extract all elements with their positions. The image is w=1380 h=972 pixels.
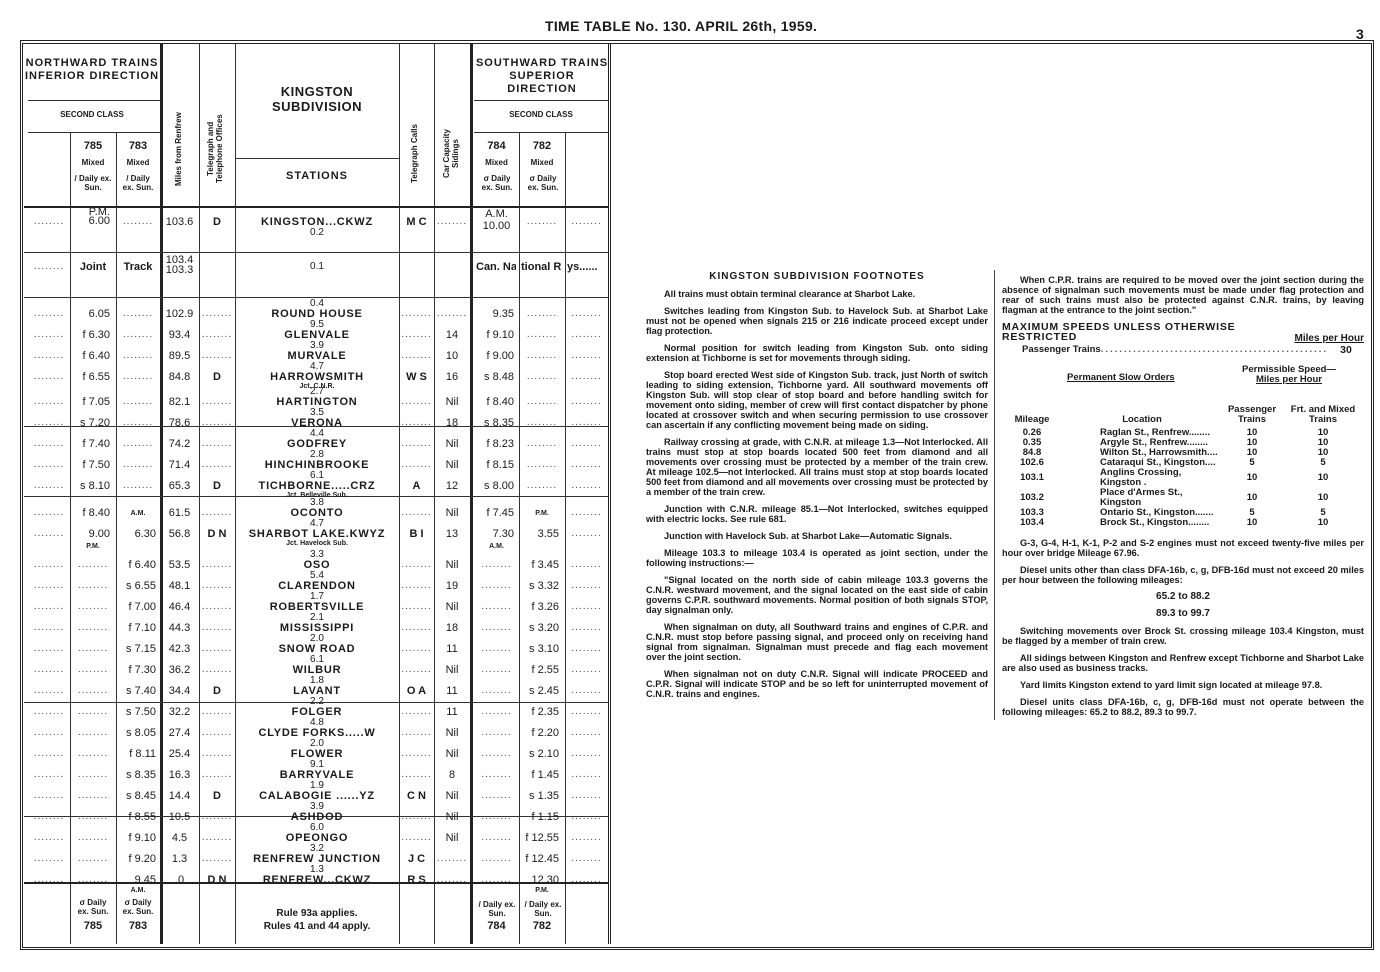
leader-dots: ........ xyxy=(519,329,565,340)
station-name: SHARBOT LAKE.KWYZ xyxy=(235,528,399,540)
leader-dots: ........ xyxy=(474,832,519,843)
southward-title: SOUTHWARD TRAINS SUPERIOR DIRECTION xyxy=(474,57,610,96)
leader-dots: ........ xyxy=(474,748,519,759)
telegraph-office: D xyxy=(199,371,235,383)
header-passenger: Passenger Trains xyxy=(1222,405,1282,428)
car-capacity-header: Car Capacity Sidings xyxy=(442,114,462,194)
miles-from-renfrew: 65.3 xyxy=(160,480,199,492)
siding-capacity: Nil xyxy=(434,396,470,408)
mileage: 103.2 xyxy=(1002,488,1062,508)
siding-capacity: Nil xyxy=(434,507,470,519)
leader-dots: ........ xyxy=(565,727,608,738)
miles-from-renfrew: 103.4 103.3 xyxy=(160,255,199,275)
leader-dots: ........ xyxy=(565,832,608,843)
leader-dots: ........ xyxy=(565,308,608,319)
leader-dots: ........ xyxy=(399,811,434,822)
leader-dots: ........ xyxy=(199,727,235,738)
leader-dots: ........ xyxy=(399,459,434,470)
leader-dots: ........ xyxy=(116,350,160,361)
leader-dots: ........ xyxy=(199,329,235,340)
header-freight: Frt. and Mixed Trains xyxy=(1282,405,1364,428)
time-783: f 7.00 xyxy=(116,601,156,613)
slow-order-row: 102.6Cataraqui St., Kingston....55 xyxy=(1002,458,1364,468)
leader-dots: ........ xyxy=(199,559,235,570)
siding-capacity: 8 xyxy=(434,769,470,781)
footnote: When signalman not on duty C.N.R. Signal… xyxy=(646,669,988,699)
leader-dots: ........ xyxy=(519,371,565,382)
slow-orders-title: Permanent Slow Orders xyxy=(1067,373,1175,383)
footer-784-number: 784 xyxy=(474,920,519,932)
train-783-days: / Daily ex. Sun. xyxy=(120,174,156,192)
time-783: s 8.35 xyxy=(116,769,156,781)
leader-dots: ........ xyxy=(199,417,235,428)
leader-dots: ........ xyxy=(399,559,434,570)
time-784: f 7.45 xyxy=(474,507,514,519)
footnote: Diesel units other than class DFA-16b, c… xyxy=(1002,565,1364,585)
siding-capacity: Nil xyxy=(434,790,470,802)
page-header: TIME TABLE No. 130. APRIL 26th, 1959. xyxy=(545,18,817,34)
mileage: 103.4 xyxy=(1002,518,1062,528)
footnote: All trains must obtain terminal clearanc… xyxy=(646,289,988,299)
time-782: f 2.35 xyxy=(519,706,559,718)
time-783: f 9.20 xyxy=(116,853,156,865)
train-783-number: 783 xyxy=(116,140,160,152)
siding-capacity: 11 xyxy=(434,643,470,655)
time-782: f 1.15 xyxy=(519,811,559,823)
leader-dots: ........ xyxy=(28,811,70,822)
station-name: RENFREW...CKWZ xyxy=(235,874,399,886)
time-784: s 8.48 xyxy=(474,371,514,383)
time-783: s 7.50 xyxy=(116,706,156,718)
time-785: f 6.30 xyxy=(70,329,110,341)
train-785-type: Mixed xyxy=(70,158,116,167)
leader-dots: ........ xyxy=(116,396,160,407)
time-782: tional R xyxy=(521,261,561,273)
leader-dots: ........ xyxy=(70,685,116,696)
siding-capacity: Nil xyxy=(434,727,470,739)
leader-dots: ........ xyxy=(199,832,235,843)
footnote: Junction with Havelock Sub. at Sharbot L… xyxy=(646,531,988,541)
leader-dots: ........ xyxy=(474,559,519,570)
footnote: Stop board erected West side of Kingston… xyxy=(646,370,988,430)
leader-dots: ........ xyxy=(70,706,116,717)
leader-dots: ........ xyxy=(199,622,235,633)
header-mileage: Mileage xyxy=(1002,405,1062,428)
footnote: Normal position for switch leading from … xyxy=(646,343,988,363)
siding-capacity: 13 xyxy=(434,528,470,540)
leader-dots: ........ xyxy=(565,643,608,654)
leader-dots: ........ xyxy=(70,727,116,738)
time-783: 6.30 xyxy=(116,528,156,540)
telegraph-call: J C xyxy=(399,853,434,865)
footnotes-title: KINGSTON SUBDIVISION FOOTNOTES xyxy=(646,272,988,282)
divider xyxy=(474,132,608,133)
time-783: f 8.11 xyxy=(116,748,156,760)
footer-783-days: σ Daily ex. Sun. xyxy=(120,898,156,916)
leader-dots: ........ xyxy=(565,417,608,428)
leader-dots: ........ xyxy=(399,507,434,518)
slow-orders-header-row: Mileage Location Passenger Trains Frt. a… xyxy=(1002,405,1364,428)
subdivision-title-line2: SUBDIVISION xyxy=(235,99,399,114)
leader-dots: ........ xyxy=(70,811,116,822)
leader-dots: ........ xyxy=(474,790,519,801)
leader-dots: ........ xyxy=(116,216,160,227)
footer-782-number: 782 xyxy=(519,920,565,932)
leader-dots: ........ xyxy=(519,216,565,227)
footnote: Yard limits Kingston extend to yard limi… xyxy=(1002,680,1364,690)
leader-dots: ........ xyxy=(199,308,235,319)
telegraph-call: A xyxy=(399,480,434,492)
mileage-range: 89.3 to 99.7 xyxy=(1002,609,1364,619)
leader-dots: ........ xyxy=(565,664,608,675)
time-782: f 3.26 xyxy=(519,601,559,613)
leader-dots: ........ xyxy=(565,371,608,382)
time-784: f 8.40 xyxy=(474,396,514,408)
leader-dots: ........ xyxy=(70,832,116,843)
time-783: A.M. xyxy=(116,510,160,517)
permissible-speed-header: Permissible Speed— Miles per Hour xyxy=(1234,365,1344,385)
leader-dots: ........ xyxy=(474,580,519,591)
time-784: f 9.00 xyxy=(474,350,514,362)
location: Brock St., Kingston........ xyxy=(1062,518,1222,528)
time-784: Can. Na xyxy=(476,261,516,273)
time-785: f 8.40 xyxy=(70,507,110,519)
leader-dots: ........ xyxy=(199,350,235,361)
leader-dots: ........ xyxy=(565,580,608,591)
leader-dots: ........ xyxy=(28,216,70,227)
leader-dots: ........ xyxy=(399,664,434,675)
telegraph-office: D xyxy=(199,790,235,802)
leader-dots: ........ xyxy=(474,664,519,675)
leader-dots: ........ xyxy=(70,664,116,675)
leader-dots: ........ xyxy=(28,350,70,361)
time-782: f 3.45 xyxy=(519,559,559,571)
telegraph-call: C N xyxy=(399,790,434,802)
divider xyxy=(474,100,608,101)
leader-dots: ........ xyxy=(565,480,608,491)
leader-dots: ........ xyxy=(399,417,434,428)
leader-dots: ........ xyxy=(565,350,608,361)
northward-title-line2: INFERIOR DIRECTION xyxy=(24,70,160,83)
leader-dots: ........ xyxy=(399,350,434,361)
train-782-type: Mixed xyxy=(519,158,565,167)
leader-dots: ........ xyxy=(519,350,565,361)
time-783: s 8.05 xyxy=(116,727,156,739)
time-783: f 6.40 xyxy=(116,559,156,571)
leader-dots: ........ xyxy=(70,643,116,654)
mileage-range: 65.2 to 88.2 xyxy=(1002,592,1364,602)
time-785: 9.00 xyxy=(70,528,110,540)
time-784: 7.30 xyxy=(474,528,514,540)
telegraph-office: D xyxy=(199,685,235,697)
leader-dots: ........ xyxy=(70,853,116,864)
leader-dots: ........ xyxy=(565,790,608,801)
leader-dots: ........ xyxy=(565,438,608,449)
station-name: HARROWSMITH xyxy=(235,371,399,383)
leader-dots: ........ xyxy=(116,438,160,449)
freight-speed: 5 xyxy=(1282,458,1364,468)
time-782: s 2.10 xyxy=(519,748,559,760)
slow-order-row: 103.4Brock St., Kingston........1010 xyxy=(1002,518,1364,528)
siding-capacity: 10 xyxy=(434,350,470,362)
permissible-speed-line2: Miles per Hour xyxy=(1234,375,1344,385)
leader-dots: ........ xyxy=(399,748,434,759)
siding-capacity: Nil xyxy=(434,811,470,823)
time-785: Joint xyxy=(70,261,116,273)
leader-dots: ........ xyxy=(519,459,565,470)
mileage: 102.6 xyxy=(1002,458,1062,468)
leader-dots: ........ xyxy=(519,417,565,428)
time-784: s 8.00 xyxy=(474,480,514,492)
miles-from-renfrew: 56.8 xyxy=(160,528,199,540)
leader-dots: ........ xyxy=(116,480,160,491)
southward-class: SECOND CLASS xyxy=(474,110,608,119)
slow-orders-body: 0.26Raglan St., Renfrew........10100.35A… xyxy=(1002,428,1364,528)
leader-dots: ........ xyxy=(116,417,160,428)
time-785: 6.05 xyxy=(70,308,110,320)
time-782: f 12.55 xyxy=(519,832,559,844)
leader-dots: ........ xyxy=(399,329,434,340)
leader-dots: ........ xyxy=(565,769,608,780)
telegraph-office: D xyxy=(199,480,235,492)
mph-label: Miles per Hour xyxy=(1295,334,1364,344)
distance: 0.1 xyxy=(235,261,399,272)
leader-dots: ........ xyxy=(399,832,434,843)
freight-speed: 10 xyxy=(1282,518,1364,528)
leader-dots: ........ xyxy=(199,853,235,864)
time-783: s 8.45 xyxy=(116,790,156,802)
leader-dots: ........ xyxy=(28,664,70,675)
leader-dots: ........ xyxy=(399,643,434,654)
leader-dots: ........ xyxy=(199,643,235,654)
miles-from-renfrew: 61.5 xyxy=(160,507,199,519)
leader-dots: ........ xyxy=(199,396,235,407)
divider xyxy=(434,44,435,944)
leader-dots: ........ xyxy=(565,459,608,470)
time-783: s 6.55 xyxy=(116,580,156,592)
leader-dots: ........ xyxy=(399,769,434,780)
siding-capacity: Nil xyxy=(434,559,470,571)
telegraph-offices-header: Telegraph and Telephone Offices xyxy=(206,104,228,194)
leader-dots: ........ xyxy=(565,528,608,539)
time-784: f 8.23 xyxy=(474,438,514,450)
text-continuation: ys...... xyxy=(567,261,608,273)
siding-capacity: Nil xyxy=(434,832,470,844)
telegraph-call: B I xyxy=(399,528,434,540)
miles-from-renfrew: 1.3 xyxy=(160,853,199,865)
leader-dots: ........ xyxy=(70,769,116,780)
divider xyxy=(399,44,400,944)
footer-782-days: / Daily ex. Sun. xyxy=(524,900,562,918)
leader-dots: ........ xyxy=(116,329,160,340)
footer-785-number: 785 xyxy=(70,920,116,932)
leader-dots: ........ xyxy=(28,396,70,407)
telegraph-call: M C xyxy=(399,216,434,228)
leader-dots: ........ xyxy=(519,438,565,449)
leader-dots: ........ xyxy=(28,727,70,738)
leader-dots: ........ xyxy=(70,622,116,633)
leader-dots: ........ xyxy=(199,664,235,675)
time-782: P.M. xyxy=(519,510,565,517)
time-782: s 2.45 xyxy=(519,685,559,697)
time-784: 9.35 xyxy=(474,308,514,320)
leader-dots: ........ xyxy=(199,601,235,612)
miles-from-renfrew: 84.8 xyxy=(160,371,199,383)
miles-from-renfrew-header: Miles from Renfrew xyxy=(174,104,183,194)
leader-dots: ........ xyxy=(474,685,519,696)
miles-from-renfrew: 103.6 xyxy=(160,216,199,228)
footer-rule-93a: Rule 93a applies. xyxy=(235,908,399,919)
freight-speed: 10 xyxy=(1282,468,1364,488)
leader-dots: ........ xyxy=(199,811,235,822)
leader-dots: ........ xyxy=(28,507,70,518)
leader-dots: ........ xyxy=(565,329,608,340)
leader-dots: ........ xyxy=(565,853,608,864)
leader-dots: ........ xyxy=(199,438,235,449)
leader-dots: ........ xyxy=(434,308,470,319)
station-name: TICHBORNE.....CRZ xyxy=(235,480,399,492)
miles-from-renfrew: 34.4 xyxy=(160,685,199,697)
leader-dots: ........ xyxy=(565,396,608,407)
footer-785-days: σ Daily ex. Sun. xyxy=(74,898,112,916)
telegraph-calls-header: Telegraph Calls xyxy=(410,114,419,194)
leader-dots: ........ xyxy=(199,706,235,717)
leader-dots: ........ xyxy=(28,622,70,633)
leader-dots: ........ xyxy=(474,811,519,822)
train-784-type: Mixed xyxy=(474,158,519,167)
leader-dots: ........ xyxy=(565,748,608,759)
am-label: A.M. xyxy=(116,887,160,894)
time-785: P.M. 6.00 xyxy=(70,208,110,226)
leader-dots: ........ xyxy=(399,308,434,319)
train-783-type: Mixed xyxy=(116,158,160,167)
footnote: Switches leading from Kingston Sub. to H… xyxy=(646,306,988,336)
leader-dots: ........ xyxy=(434,216,470,227)
time-782: f 1.45 xyxy=(519,769,559,781)
leader-dots: ........ xyxy=(28,853,70,864)
siding-capacity: 11 xyxy=(434,685,470,697)
time-783: f 9.10 xyxy=(116,832,156,844)
leader-dots: ........ xyxy=(565,559,608,570)
leader-dots: ........ xyxy=(519,480,565,491)
siding-capacity: Nil xyxy=(434,438,470,450)
leader-dots: ........ xyxy=(199,748,235,759)
passenger-speed: 5 xyxy=(1222,458,1282,468)
train-782-days: σ Daily ex. Sun. xyxy=(524,174,562,192)
divider xyxy=(608,44,611,944)
miles-from-renfrew: 4.5 xyxy=(160,832,199,844)
southward-title-line2: SUPERIOR DIRECTION xyxy=(474,70,610,96)
footnote: All sidings between Kingston and Renfrew… xyxy=(1002,653,1364,673)
divider xyxy=(470,44,473,944)
time-785: f 7.40 xyxy=(70,438,110,450)
siding-capacity: 18 xyxy=(434,622,470,634)
miles-from-renfrew: 25.4 xyxy=(160,748,199,760)
miles-from-renfrew: 93.4 xyxy=(160,329,199,341)
time-783: f 7.10 xyxy=(116,622,156,634)
leader-dots: ........ xyxy=(565,685,608,696)
leader-dots: ........ xyxy=(565,622,608,633)
miles-from-renfrew: 78.6 xyxy=(160,417,199,429)
max-speeds-section: MAXIMUM SPEEDS UNLESS OTHERWISE RESTRICT… xyxy=(1002,322,1364,355)
time-784: s 8.35 xyxy=(474,417,514,429)
leader-dots: ........ xyxy=(116,371,160,382)
slow-orders-header: Permanent Slow Orders Permissible Speed—… xyxy=(1002,365,1364,405)
time-782: s 3.10 xyxy=(519,643,559,655)
distance: 0.2 xyxy=(235,227,399,238)
passenger-trains-label: Passenger Trains xyxy=(1022,345,1101,355)
leader-dots: ........ xyxy=(28,329,70,340)
leader-dots: ........ xyxy=(565,811,608,822)
siding-capacity: 18 xyxy=(434,417,470,429)
divider xyxy=(24,252,608,253)
footer-rules-41-44: Rules 41 and 44 apply. xyxy=(235,921,399,932)
footer-783-number: 783 xyxy=(116,920,160,932)
miles-from-renfrew: 74.2 xyxy=(160,438,199,450)
miles-from-renfrew: 89.5 xyxy=(160,350,199,362)
train-785-number: 785 xyxy=(70,140,116,152)
telegraph-office: D xyxy=(199,216,235,228)
siding-capacity: 16 xyxy=(434,371,470,383)
am-label: A.M. xyxy=(474,543,519,550)
divider xyxy=(24,206,608,208)
leader-dots: ........ xyxy=(28,261,70,272)
leader-dots: ........ xyxy=(565,216,608,227)
leader-dots: ........ xyxy=(199,507,235,518)
leader-dots: ........ xyxy=(399,706,434,717)
leader-dots: ........ xyxy=(70,559,116,570)
leader-dots: ........ xyxy=(519,308,565,319)
leader-dots: ........ xyxy=(28,601,70,612)
header-location: Location xyxy=(1062,405,1222,428)
time-783: s 7.15 xyxy=(116,643,156,655)
telegraph-call: R S xyxy=(399,874,434,886)
divider xyxy=(28,100,160,101)
southward-title-line1: SOUTHWARD TRAINS xyxy=(474,57,610,70)
leader-dots: ........ xyxy=(199,769,235,780)
mileage: 103.1 xyxy=(1002,468,1062,488)
divider xyxy=(235,158,399,159)
leader-dots: ........ xyxy=(28,417,70,428)
footnote: Switching movements over Brock St. cross… xyxy=(1002,626,1364,646)
subdivision-title: KINGSTON SUBDIVISION xyxy=(235,84,399,114)
miles-from-renfrew: 82.1 xyxy=(160,396,199,408)
footnotes-column-1: KINGSTON SUBDIVISION FOOTNOTES All train… xyxy=(646,272,988,706)
leader-dots: ........ xyxy=(474,643,519,654)
time-782: s 1.35 xyxy=(519,790,559,802)
footnotes-column-2: When C.P.R. trains are required to be mo… xyxy=(1002,275,1364,724)
time-783: 9.45 xyxy=(116,874,156,886)
passenger-speed: 10 xyxy=(1222,488,1282,508)
divider xyxy=(28,132,160,133)
leader-dots: ........ xyxy=(70,748,116,759)
time-782: f 12.45 xyxy=(519,853,559,865)
time-784: A.M. 10.00 xyxy=(474,208,519,232)
northward-class: SECOND CLASS xyxy=(24,110,160,119)
northward-title: NORTHWARD TRAINS INFERIOR DIRECTION xyxy=(24,57,160,83)
time-782: 12.30 xyxy=(519,874,559,886)
passenger-trains-speed: 30 xyxy=(1328,345,1364,355)
siding-capacity: 12 xyxy=(434,480,470,492)
miles-from-renfrew: 48.1 xyxy=(160,580,199,592)
telegraph-call: O A xyxy=(399,685,434,697)
leader-dots: ........ xyxy=(116,459,160,470)
footnote: When C.P.R. trains are required to be mo… xyxy=(1002,275,1364,315)
time-785: f 7.50 xyxy=(70,459,110,471)
leader-dots: ........ xyxy=(199,459,235,470)
miles-from-renfrew: 42.3 xyxy=(160,643,199,655)
footer-784-days: / Daily ex. Sun. xyxy=(478,900,516,918)
